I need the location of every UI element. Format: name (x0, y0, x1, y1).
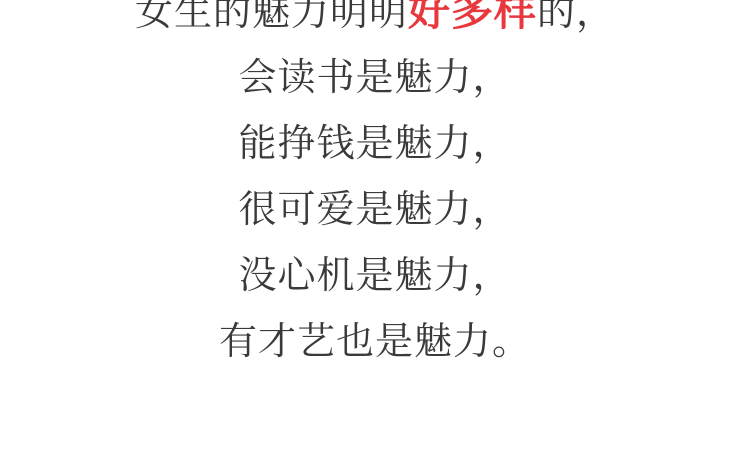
line1-emphasis: 好多样 (408, 0, 537, 35)
poem-line-6: 有才艺也是魅力。 (0, 308, 750, 374)
poem-line-5: 没心机是魅力， (0, 242, 750, 308)
line1-before: 女生的魅力明明 (135, 0, 408, 34)
line-text: 很可爱是魅力， (238, 187, 511, 231)
poem-text-block: 女生的魅力明明好多样的， 会读书是魅力， 能挣钱是魅力， 很可爱是魅力， 没心机… (0, 0, 750, 374)
line-text: 没心机是魅力， (238, 253, 511, 297)
line-text: 有才艺也是魅力。 (219, 319, 531, 363)
poem-line-2: 会读书是魅力， (0, 44, 750, 110)
poem-line-4: 很可爱是魅力， (0, 176, 750, 242)
line1-after: 的， (537, 0, 615, 34)
line-text: 会读书是魅力， (238, 55, 511, 99)
poem-line-1: 女生的魅力明明好多样的， (0, 0, 750, 44)
poem-line-3: 能挣钱是魅力， (0, 110, 750, 176)
line-text: 能挣钱是魅力， (238, 121, 511, 165)
